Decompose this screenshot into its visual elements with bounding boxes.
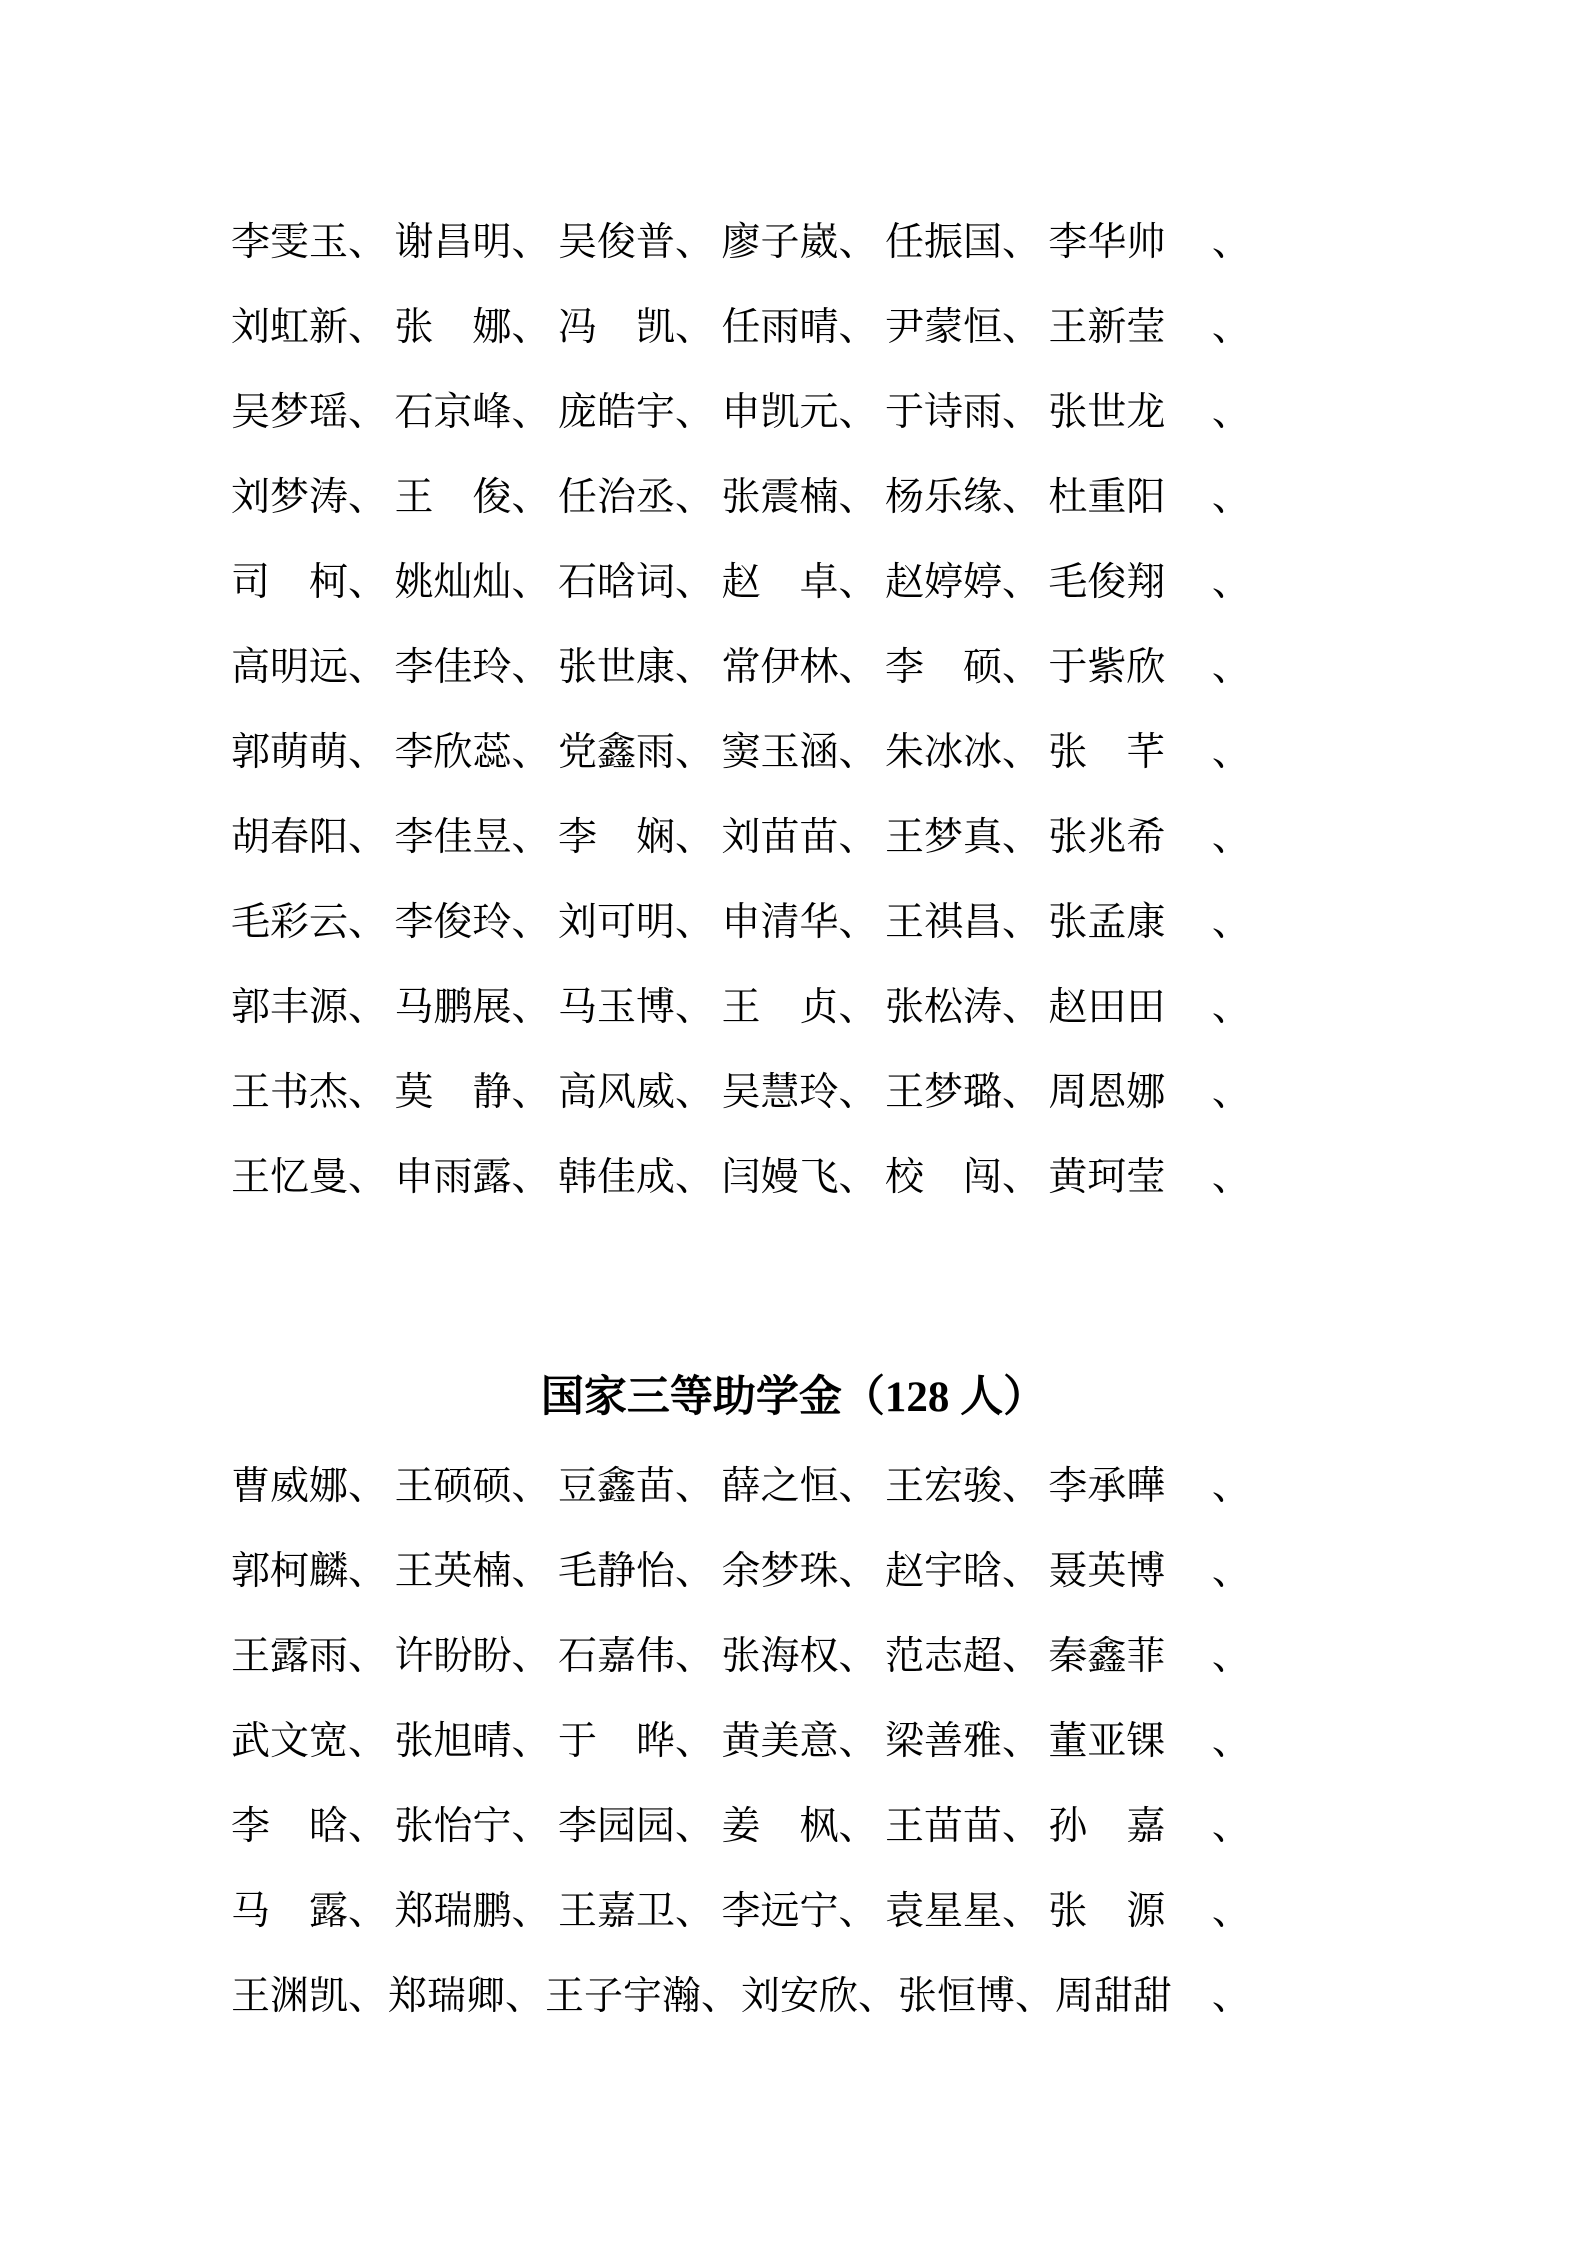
name-text: 闫嫚飞、 bbox=[721, 1146, 877, 1202]
name-line: 马 露、郑瑞鹏、王嘉卫、李远宁、袁星星、张 源 、 bbox=[231, 1865, 1251, 1950]
name-text: 任治丞、 bbox=[558, 466, 714, 522]
name-text: 赵婷婷、 bbox=[885, 551, 1041, 607]
name-text: 王 俊、 bbox=[394, 466, 550, 522]
name-text: 司 柯、 bbox=[231, 551, 387, 607]
name-text: 豆鑫苗、 bbox=[558, 1455, 714, 1511]
name-text: 胡春阳、 bbox=[231, 806, 387, 862]
name-text: 刘虹新、 bbox=[231, 296, 387, 352]
name-text: 秦鑫菲 bbox=[1048, 1625, 1165, 1681]
name-line: 曹威娜、王硕硕、豆鑫苗、薛之恒、王宏骏、李承曄 、 bbox=[231, 1440, 1251, 1525]
name-line: 李 晗、张怡宁、李园园、姜 枫、王苗苗、孙 嘉 、 bbox=[231, 1780, 1251, 1865]
name-text: 王新莹 bbox=[1048, 296, 1165, 352]
name-text: 李 晗、 bbox=[231, 1795, 387, 1851]
name-text: 孙 嘉 bbox=[1048, 1795, 1165, 1851]
name-text: 李佳昱、 bbox=[394, 806, 550, 862]
document-page: 李雯玉、谢昌明、吴俊普、廖子崴、任振国、李华帅 、刘虹新、张 娜、冯 凯、任雨晴… bbox=[0, 0, 1587, 2245]
name-text: 赵宇晗、 bbox=[885, 1540, 1041, 1596]
name-text: 许盼盼、 bbox=[394, 1625, 550, 1681]
name-text: 庞皓宇、 bbox=[558, 381, 714, 437]
name-text: 赵田田 bbox=[1048, 976, 1165, 1032]
name-text: 余梦珠、 bbox=[721, 1540, 877, 1596]
name-line: 郭丰源、马鹏展、马玉博、王 贞、张松涛、赵田田 、 bbox=[231, 961, 1251, 1046]
name-text: 周恩娜 bbox=[1048, 1061, 1165, 1117]
name-text: 任振国、 bbox=[885, 211, 1041, 267]
name-text: 王 贞、 bbox=[721, 976, 877, 1032]
name-text: 窦玉涵、 bbox=[721, 721, 877, 777]
name-text: 韩佳成、 bbox=[558, 1146, 714, 1202]
name-line: 高明远、李佳玲、张世康、常伊林、李 硕、于紫欣 、 bbox=[231, 621, 1251, 706]
name-text: 李雯玉、 bbox=[231, 211, 387, 267]
name-text: 廖子崴、 bbox=[721, 211, 877, 267]
name-text: 王渊凯、 bbox=[231, 1965, 387, 2021]
name-line: 刘梦涛、王 俊、任治丞、张震楠、杨乐缘、杜重阳 、 bbox=[231, 451, 1251, 536]
name-text: 、 bbox=[1173, 1710, 1251, 1766]
name-text: 姚灿灿、 bbox=[394, 551, 550, 607]
name-text: 刘可明、 bbox=[558, 891, 714, 947]
name-text: 李欣蕊、 bbox=[394, 721, 550, 777]
name-text: 高明远、 bbox=[231, 636, 387, 692]
name-text: 黄美意、 bbox=[721, 1710, 877, 1766]
name-text: 王嘉卫、 bbox=[558, 1880, 714, 1936]
name-text: 周甜甜 bbox=[1055, 1965, 1172, 2021]
name-text: 于诗雨、 bbox=[885, 381, 1041, 437]
name-text: 袁星星、 bbox=[885, 1880, 1041, 1936]
name-text: 莫 静、 bbox=[394, 1061, 550, 1117]
name-line: 王忆曼、申雨露、韩佳成、闫嫚飞、校 闯、黄珂莹 、 bbox=[231, 1131, 1251, 1216]
name-text: 尹蒙恒、 bbox=[885, 296, 1041, 352]
name-text: 刘安欣、 bbox=[741, 1965, 897, 2021]
name-text: 申凯元、 bbox=[721, 381, 877, 437]
name-text: 毛俊翔 bbox=[1048, 551, 1165, 607]
name-text: 、 bbox=[1173, 211, 1251, 267]
name-text: 李俊玲、 bbox=[394, 891, 550, 947]
name-text: 、 bbox=[1173, 551, 1251, 607]
name-text: 张松涛、 bbox=[885, 976, 1041, 1032]
name-text: 毛彩云、 bbox=[231, 891, 387, 947]
name-text: 、 bbox=[1173, 806, 1251, 862]
name-text: 王梦璐、 bbox=[885, 1061, 1041, 1117]
name-text: 、 bbox=[1173, 1540, 1251, 1596]
name-line: 王书杰、莫 静、高风威、吴慧玲、王梦璐、周恩娜 、 bbox=[231, 1046, 1251, 1131]
name-line: 郭萌萌、李欣蕊、党鑫雨、窦玉涵、朱冰冰、张 芊 、 bbox=[231, 706, 1251, 791]
name-text: 梁善雅、 bbox=[885, 1710, 1041, 1766]
name-line: 吴梦瑶、石京峰、庞皓宇、申凯元、于诗雨、张世龙 、 bbox=[231, 366, 1251, 451]
name-line: 司 柯、姚灿灿、石晗词、赵 卓、赵婷婷、毛俊翔 、 bbox=[231, 536, 1251, 621]
name-text: 谢昌明、 bbox=[394, 211, 550, 267]
name-text: 李华帅 bbox=[1048, 211, 1165, 267]
name-text: 于紫欣 bbox=[1048, 636, 1165, 692]
name-line: 胡春阳、李佳昱、李 娴、刘苗苗、王梦真、张兆希 、 bbox=[231, 791, 1251, 876]
name-text: 、 bbox=[1173, 296, 1251, 352]
section-heading: 国家三等助学金（128 人） bbox=[0, 1355, 1587, 1440]
name-line: 郭柯麟、王英楠、毛静怡、余梦珠、赵宇晗、聂英博 、 bbox=[231, 1525, 1251, 1610]
name-text: 党鑫雨、 bbox=[558, 721, 714, 777]
name-text: 刘梦涛、 bbox=[231, 466, 387, 522]
name-line: 李雯玉、谢昌明、吴俊普、廖子崴、任振国、李华帅 、 bbox=[231, 196, 1251, 281]
name-text: 王祺昌、 bbox=[885, 891, 1041, 947]
name-text: 杜重阳 bbox=[1048, 466, 1165, 522]
name-text: 于 晔、 bbox=[558, 1710, 714, 1766]
name-text: 王梦真、 bbox=[885, 806, 1041, 862]
name-text: 、 bbox=[1173, 891, 1251, 947]
name-text: 张 娜、 bbox=[394, 296, 550, 352]
name-text: 张兆希 bbox=[1048, 806, 1165, 862]
name-text: 石嘉伟、 bbox=[558, 1625, 714, 1681]
name-line: 刘虹新、张 娜、冯 凯、任雨晴、尹蒙恒、王新莹 、 bbox=[231, 281, 1251, 366]
name-text: 李承曄 bbox=[1048, 1455, 1165, 1511]
name-text: 武文宽、 bbox=[231, 1710, 387, 1766]
name-text: 刘苗苗、 bbox=[721, 806, 877, 862]
name-line: 武文宽、张旭晴、于 晔、黄美意、梁善雅、董亚锞 、 bbox=[231, 1695, 1251, 1780]
name-text: 李 硕、 bbox=[885, 636, 1041, 692]
name-text: 冯 凯、 bbox=[558, 296, 714, 352]
name-text: 张海权、 bbox=[721, 1625, 877, 1681]
name-text: 李佳玲、 bbox=[394, 636, 550, 692]
name-text: 董亚锞 bbox=[1048, 1710, 1165, 1766]
name-text: 石京峰、 bbox=[394, 381, 550, 437]
name-text: 杨乐缘、 bbox=[885, 466, 1041, 522]
scholarship-name-list-1: 李雯玉、谢昌明、吴俊普、廖子崴、任振国、李华帅 、刘虹新、张 娜、冯 凯、任雨晴… bbox=[231, 196, 1251, 1216]
name-text: 张旭晴、 bbox=[394, 1710, 550, 1766]
name-text: 张 源 bbox=[1048, 1880, 1165, 1936]
name-line: 王渊凯、郑瑞卿、王子宇瀚、刘安欣、张恒博、周甜甜 、 bbox=[231, 1950, 1251, 2035]
name-text: 郭柯麟、 bbox=[231, 1540, 387, 1596]
name-text: 、 bbox=[1173, 976, 1251, 1032]
name-text: 李 娴、 bbox=[558, 806, 714, 862]
name-text: 赵 卓、 bbox=[721, 551, 877, 607]
name-text: 朱冰冰、 bbox=[885, 721, 1041, 777]
name-text: 吴梦瑶、 bbox=[231, 381, 387, 437]
name-text: 范志超、 bbox=[885, 1625, 1041, 1681]
name-text: 常伊林、 bbox=[721, 636, 877, 692]
name-text: 、 bbox=[1173, 1880, 1251, 1936]
name-text: 马鹏展、 bbox=[394, 976, 550, 1032]
name-text: 姜 枫、 bbox=[721, 1795, 877, 1851]
name-text: 王英楠、 bbox=[394, 1540, 550, 1596]
name-text: 、 bbox=[1173, 1061, 1251, 1117]
name-text: 张 芊 bbox=[1048, 721, 1165, 777]
name-line: 毛彩云、李俊玲、刘可明、申清华、王祺昌、张孟康 、 bbox=[231, 876, 1251, 961]
name-text: 任雨晴、 bbox=[721, 296, 877, 352]
name-text: 张世康、 bbox=[558, 636, 714, 692]
scholarship-name-list-2: 曹威娜、王硕硕、豆鑫苗、薛之恒、王宏骏、李承曄 、郭柯麟、王英楠、毛静怡、余梦珠… bbox=[231, 1440, 1251, 2035]
name-text: 、 bbox=[1173, 721, 1251, 777]
name-line: 王露雨、许盼盼、石嘉伟、张海权、范志超、秦鑫菲 、 bbox=[231, 1610, 1251, 1695]
name-text: 、 bbox=[1173, 1795, 1251, 1851]
name-text: 黄珂莹 bbox=[1048, 1146, 1165, 1202]
name-text: 、 bbox=[1173, 381, 1251, 437]
name-text: 马 露、 bbox=[231, 1880, 387, 1936]
name-text: 郑瑞卿、 bbox=[388, 1965, 544, 2021]
name-text: 李远宁、 bbox=[721, 1880, 877, 1936]
name-text: 石晗词、 bbox=[558, 551, 714, 607]
name-text: 吴慧玲、 bbox=[721, 1061, 877, 1117]
name-text: 王书杰、 bbox=[231, 1061, 387, 1117]
name-text: 郑瑞鹏、 bbox=[394, 1880, 550, 1936]
name-text: 王忆曼、 bbox=[231, 1146, 387, 1202]
name-text: 王宏骏、 bbox=[885, 1455, 1041, 1511]
name-text: 、 bbox=[1173, 1965, 1251, 2021]
name-text: 申清华、 bbox=[721, 891, 877, 947]
name-text: 申雨露、 bbox=[394, 1146, 550, 1202]
name-text: 张恒博、 bbox=[898, 1965, 1054, 2021]
name-text: 郭萌萌、 bbox=[231, 721, 387, 777]
name-text: 张孟康 bbox=[1048, 891, 1165, 947]
name-text: 王露雨、 bbox=[231, 1625, 387, 1681]
name-text: 王硕硕、 bbox=[394, 1455, 550, 1511]
name-text: 曹威娜、 bbox=[231, 1455, 387, 1511]
name-text: 高风威、 bbox=[558, 1061, 714, 1117]
name-text: 马玉博、 bbox=[558, 976, 714, 1032]
name-text: 、 bbox=[1173, 1455, 1251, 1511]
name-text: 张怡宁、 bbox=[394, 1795, 550, 1851]
name-text: 聂英博 bbox=[1048, 1540, 1165, 1596]
name-text: 王子宇瀚、 bbox=[545, 1965, 740, 2021]
name-text: 、 bbox=[1173, 636, 1251, 692]
name-text: 郭丰源、 bbox=[231, 976, 387, 1032]
name-text: 张震楠、 bbox=[721, 466, 877, 522]
name-text: 、 bbox=[1173, 1146, 1251, 1202]
name-text: 毛静怡、 bbox=[558, 1540, 714, 1596]
name-text: 吴俊普、 bbox=[558, 211, 714, 267]
name-text: 、 bbox=[1173, 466, 1251, 522]
name-text: 张世龙 bbox=[1048, 381, 1165, 437]
name-text: 、 bbox=[1173, 1625, 1251, 1681]
name-text: 王苗苗、 bbox=[885, 1795, 1041, 1851]
name-text: 薛之恒、 bbox=[721, 1455, 877, 1511]
name-text: 校 闯、 bbox=[885, 1146, 1041, 1202]
name-text: 李园园、 bbox=[558, 1795, 714, 1851]
